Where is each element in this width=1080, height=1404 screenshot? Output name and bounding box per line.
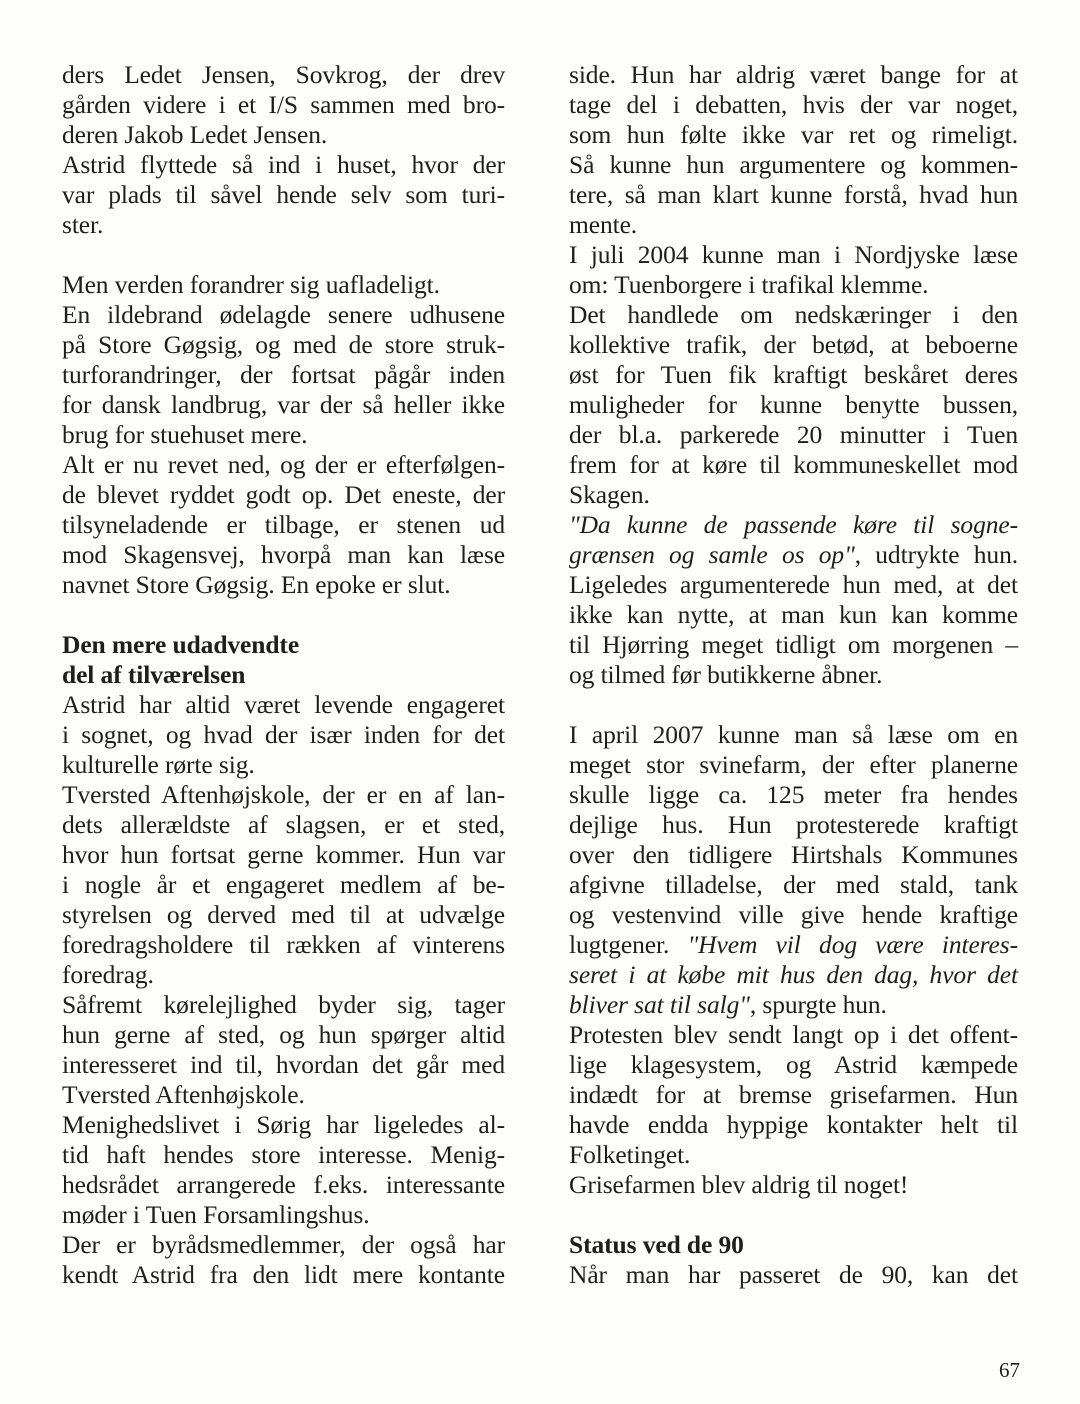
text-line: ders Ledet Jensen, Sovkrog, der drev [62,60,505,90]
paragraph-gap [569,1200,1018,1230]
text-line: dets allerældste af slagsen, er et sted, [62,810,505,840]
paragraph-gap [62,600,505,630]
right-column: side. Hun har aldrig været bange for at … [569,60,1018,1290]
text-line: hun gerne af sted, og hun spørger altid [62,1020,505,1050]
text-line: kollektive trafik, der betød, at beboern… [569,330,1018,360]
quote-text: "Da kunne de passende køre til sogne- [569,510,1018,539]
text-line: over den tidligere Hirtshals Kommunes [569,840,1018,870]
text-line: foredragsholdere til rækken af vinterens [62,930,505,960]
quote-line: lugtgener. "Hvem vil dog være interes- [569,930,1018,960]
quote-text: grænsen og samle os op" [569,540,855,569]
text-line: Såfremt kørelejlighed byder sig, tager [62,990,505,1020]
text-line: hedsrådet arrangerede f.eks. interessant… [62,1170,505,1200]
paragraph-gap [62,240,505,270]
text-line: ster. [62,210,505,240]
left-column: ders Ledet Jensen, Sovkrog, der drev går… [62,60,505,1290]
text-line: tage del i debatten, hvis der var noget, [569,90,1018,120]
text-line: Men verden forandrer sig uafladeligt. [62,270,505,300]
text-line: dejlige hus. Hun protesterede kraftigt [569,810,1018,840]
text-line: turforandringer, der fortsat pågår inden [62,360,505,390]
text-line: i nogle år et engageret medlem af be- [62,870,505,900]
text-line: navnet Store Gøgsig. En epoke er slut. [62,570,505,600]
text-line: frem for at køre til kommuneskellet mod [569,450,1018,480]
text-line: Alt er nu revet ned, og der er efterfølg… [62,450,505,480]
text-fragment: , udtrykte hun. [855,540,1018,569]
quote-text: seret i at købe mit hus den dag, hvor de… [569,960,1018,989]
text-line: for dansk landbrug, var der så heller ik… [62,390,505,420]
text-line: meget stor svinefarm, der efter planerne [569,750,1018,780]
text-line: skulle ligge ca. 125 meter fra hendes [569,780,1018,810]
text-line: indædt for at bremse grisefarmen. Hun [569,1080,1018,1110]
section-heading: Den mere udadvendte [62,630,505,660]
text-line: Ligeledes argumenterede hun med, at det [569,570,1018,600]
quote-line: bliver sat til salg", spurgte hun. [569,990,1018,1020]
quote-line: grænsen og samle os op", udtrykte hun. [569,540,1018,570]
text-line: Det handlede om nedskæringer i den [569,300,1018,330]
text-line: som hun følte ikke var ret og rimeligt. [569,120,1018,150]
section-heading: Status ved de 90 [569,1230,1018,1260]
text-line: der bl.a. parkerede 20 minutter i Tuen [569,420,1018,450]
text-line: havde endda hyppige kontakter helt til [569,1110,1018,1140]
text-fragment: , spurgte hun. [750,990,887,1019]
text-line: mente. [569,210,1018,240]
text-line: i sognet, og hvad der især inden for det [62,720,505,750]
text-line: I april 2007 kunne man så læse om en [569,720,1018,750]
text-line: deren Jakob Ledet Jensen. [62,120,505,150]
text-line: Menighedslivet i Sørig har ligeledes al- [62,1110,505,1140]
text-line: styrelsen og derved med til at udvælge [62,900,505,930]
text-line: om: Tuenborgere i trafikal klemme. [569,270,1018,300]
quote-line: "Da kunne de passende køre til sogne- [569,510,1018,540]
text-line: kendt Astrid fra den lidt mere kontante [62,1260,505,1290]
text-line: og tilmed før butikkerne åbner. [569,660,1018,690]
paragraph-gap [569,690,1018,720]
text-line: Tversted Aftenhøjskole, der er en af lan… [62,780,505,810]
text-line: Protesten blev sendt langt op i det offe… [569,1020,1018,1050]
text-line: En ildebrand ødelagde senere udhusene [62,300,505,330]
text-line: øst for Tuen fik kraftigt beskåret deres [569,360,1018,390]
text-line: brug for stuehuset mere. [62,420,505,450]
text-line: Så kunne hun argumentere og kommen- [569,150,1018,180]
section-heading: del af tilværelsen [62,660,505,690]
text-fragment: lugtgener. [569,930,688,959]
text-line: tere, så man klart kunne forstå, hvad hu… [569,180,1018,210]
text-line: Grisefarmen blev aldrig til noget! [569,1170,1018,1200]
text-line: muligheder for kunne benytte bussen, [569,390,1018,420]
text-line: kulturelle rørte sig. [62,750,505,780]
text-line: Når man har passeret de 90, kan det [569,1260,1018,1290]
text-line: afgivne tilladelse, der med stald, tank [569,870,1018,900]
text-line: til Hjørring meget tidligt om morgenen – [569,630,1018,660]
quote-text: "Hvem vil dog være interes- [688,930,1018,959]
text-line: lige klagesystem, og Astrid kæmpede [569,1050,1018,1080]
text-line: foredrag. [62,960,505,990]
text-line: tilsyneladende er tilbage, er stenen ud [62,510,505,540]
text-line: interesseret ind til, hvordan det går me… [62,1050,505,1080]
document-page: ders Ledet Jensen, Sovkrog, der drev går… [0,0,1080,1404]
quote-text: bliver sat til salg" [569,990,750,1019]
text-line: på Store Gøgsig, og med de store struk- [62,330,505,360]
text-line: tid haft hendes store interesse. Menig- [62,1140,505,1170]
text-line: side. Hun har aldrig været bange for at [569,60,1018,90]
text-line: møder i Tuen Forsamlingshus. [62,1200,505,1230]
text-line: Der er byrådsmedlemmer, der også har [62,1230,505,1260]
text-line: ikke kan nytte, at man kun kan komme [569,600,1018,630]
text-line: Tversted Aftenhøjskole. [62,1080,505,1110]
text-line: og vestenvind ville give hende kraftige [569,900,1018,930]
text-line: Skagen. [569,480,1018,510]
text-line: Astrid flyttede så ind i huset, hvor der [62,150,505,180]
text-line: hvor hun fortsat gerne kommer. Hun var [62,840,505,870]
page-number: 67 [980,1358,1020,1382]
quote-line: seret i at købe mit hus den dag, hvor de… [569,960,1018,990]
text-line: de blevet ryddet godt op. Det eneste, de… [62,480,505,510]
text-line: gården videre i et I/S sammen med bro- [62,90,505,120]
text-line: I juli 2004 kunne man i Nordjyske læse [569,240,1018,270]
text-line: var plads til såvel hende selv som turi- [62,180,505,210]
text-line: mod Skagensvej, hvorpå man kan læse [62,540,505,570]
text-line: Folketinget. [569,1140,1018,1170]
text-line: Astrid har altid været levende engageret [62,690,505,720]
